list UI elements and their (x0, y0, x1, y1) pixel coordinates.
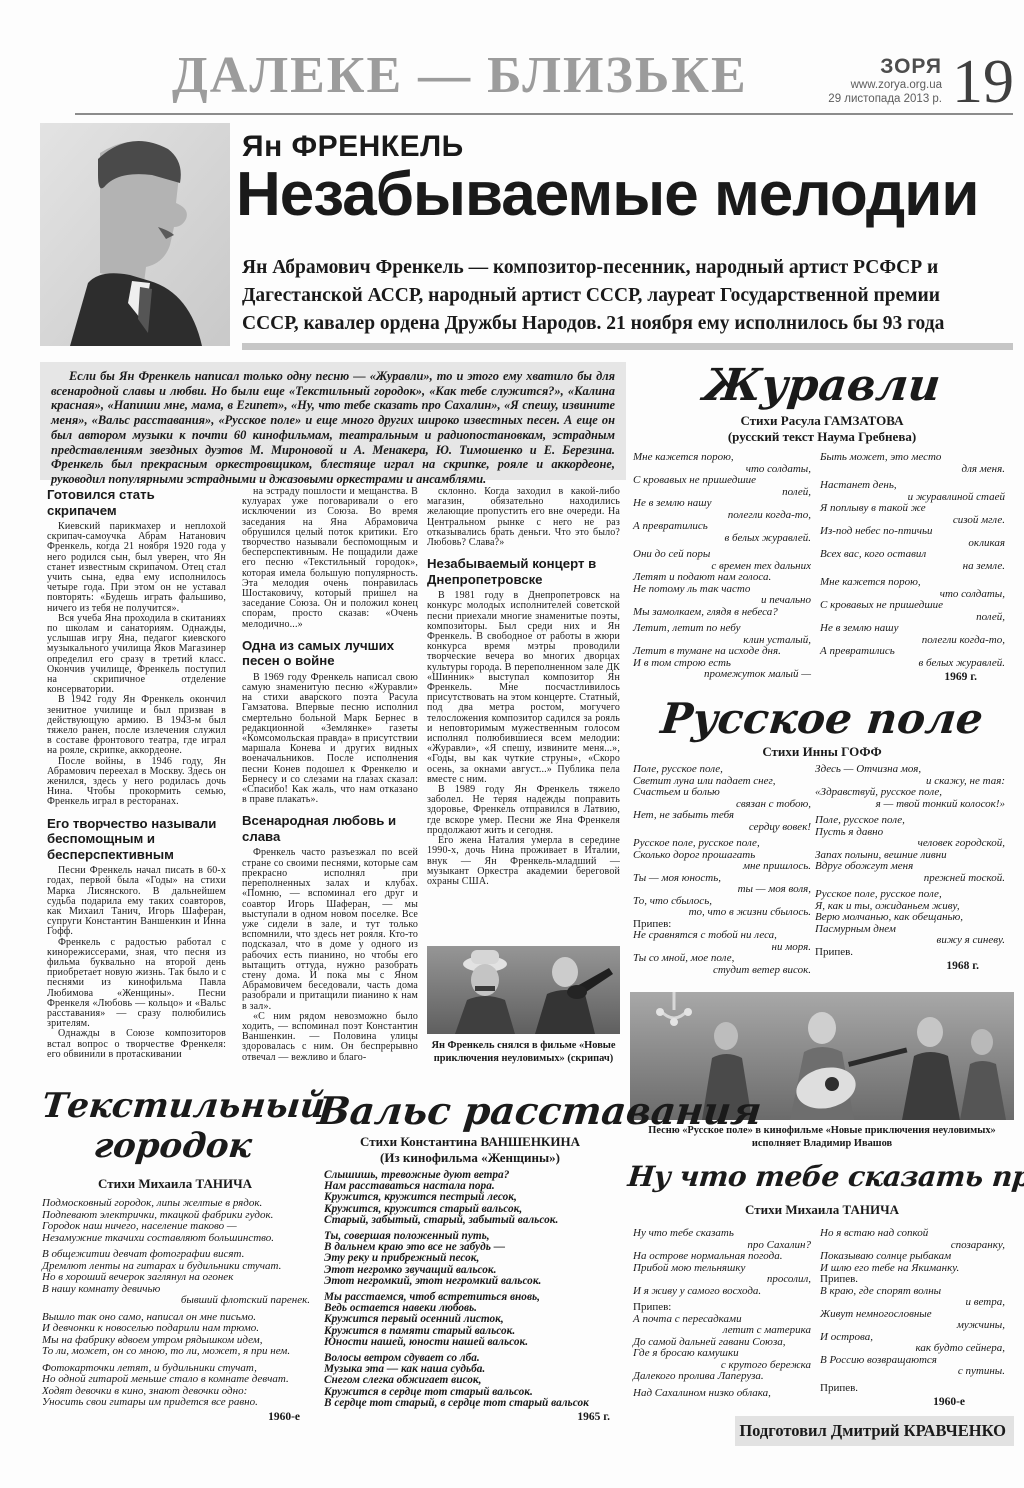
lyric-line: то, что в жизни сбылось. (633, 907, 811, 919)
lyric-line: С кровавых не пришедшие (820, 600, 1005, 612)
lyric-line: промежуток малый — (633, 669, 811, 681)
film-photo-caption: Ян Френкель снялся в фильме «Новые прикл… (427, 1039, 620, 1065)
lyric-line: в белых журавлей. (633, 533, 811, 545)
column-paragraph: Песни Френкель начал писать в 60-х годах… (47, 866, 226, 937)
lyric-line: Незамужние ткачихи составляют большинств… (42, 1233, 310, 1245)
tekstilny-lyrics-lines: Подмосковный городок, липы желтые в рядо… (42, 1198, 310, 1409)
russkoe-pole-lyrics-col2-lines: Здесь — Отчизна моя,и скажу, не тая:«Здр… (815, 764, 1005, 958)
header-divider-bar (242, 343, 1013, 350)
song-year: 1965 г. (324, 1411, 622, 1423)
lyric-line: Этот негромкий, этот негромкий вальсок. (324, 1276, 622, 1287)
film-still-illustration (427, 946, 620, 1034)
lyric-line: на земле. (820, 561, 1005, 573)
lyric-line: Настанет день, (820, 480, 1005, 492)
lyric-line: Старый, забытый, старый, забытый вальсок… (324, 1215, 622, 1226)
song-year: 1969 г. (820, 671, 1005, 683)
film-still-photo (427, 946, 620, 1034)
lyric-line: мужчины, (820, 1320, 1005, 1332)
lyric-line: А превратились (633, 521, 811, 533)
lyric-line: Счастьем и болью (633, 787, 811, 799)
masthead-divider (75, 113, 1013, 115)
song-credit-line: (Из кинофильма «Женщины») (318, 1150, 622, 1166)
column-heading: Всенародная любовь и слава (242, 813, 418, 844)
paper-name: ЗОРЯ (828, 56, 942, 78)
column-paragraph: Френкель часто разъезжал по всей стране … (242, 848, 418, 1011)
sakhalin-lyrics-col2-lines: Но я встаю над сопкойспозаранку,Показыва… (820, 1228, 1005, 1394)
column-paragraph: В 1989 году Ян Френкель тяжело заболел. … (427, 785, 620, 836)
lyric-line: Не в землю нашу (820, 623, 1005, 635)
lyric-line: Кружится первый осенний листок, (324, 1314, 622, 1325)
lyric-line: Русское поле, русское поле, (815, 889, 1005, 901)
column-heading: Готовился стать скрипачем (47, 487, 226, 518)
lyric-line: Ну что тебе сказать (633, 1228, 811, 1240)
column-paragraph: Однажды в Союзе композиторов встал вопро… (47, 1029, 226, 1060)
column-paragraph: Его жена Наталия умерла в середине 1990-… (427, 836, 620, 887)
column-paragraph: Вся учеба Яна проходила в скитаниях по ш… (47, 614, 226, 696)
tekstilny-lyrics: Подмосковный городок, липы желтые в рядо… (42, 1198, 310, 1423)
column-paragraph: на эстраду пошлости и мещанства. В кулуа… (242, 487, 418, 630)
column-paragraph: В 1981 году в Днепропетровск на конкурс … (427, 591, 620, 785)
zhuravli-lyrics-col1: Мне кажется порою,что солдаты,С кровавых… (633, 452, 811, 681)
song-credit-tekstilny: Стихи Михаила ТАНИЧА (40, 1176, 310, 1192)
lyric-line: бывший флотский паренек. (42, 1295, 310, 1307)
lyric-line: в белых журавлей. (820, 658, 1005, 670)
zhuravli-lyrics-col2-lines: Быть может, это местодля меня.Настанет д… (820, 452, 1005, 669)
vals-lyrics: Слышишь, тревожные дуют ветра?Нам расста… (324, 1170, 622, 1423)
lyric-line: Верю молчанью, как обещанью, (815, 912, 1005, 924)
song-title-tekstilny: Текстильный городок (36, 1086, 314, 1166)
lyric-line: Поле, русское поле, (815, 815, 1005, 827)
lyric-line: Но в хороший вечерок заглянул на огонек (42, 1272, 310, 1284)
column-paragraph: Киевский парикмахер и неплохой скрипач-с… (47, 522, 226, 614)
russkoe-pole-lyrics-col2: Здесь — Отчизна моя,и скажу, не тая:«Здр… (815, 764, 1005, 972)
lead-box: Если бы Ян Френкель написал только одну … (40, 362, 626, 480)
lyric-line: Поле, русское поле, (633, 764, 811, 776)
lyric-line: человек городской, (815, 838, 1005, 850)
song-title-vals: Вальс расставания (316, 1088, 625, 1133)
page-number: 19 (952, 54, 1014, 110)
column-heading: Его творчество называли беспомощным и бе… (47, 816, 226, 863)
column-paragraph: Френкель с радостью работал с кинорежисс… (47, 938, 226, 1030)
body-column-1: Готовился стать скрипачемКиевский парикм… (47, 487, 226, 1060)
lyric-line: Припев. (815, 947, 1005, 959)
lyric-line: Далекого пролива Лаперуза. (633, 1371, 811, 1383)
masthead-right: ЗОРЯ www.zorya.org.ua 29 листопада 2013 … (790, 54, 1014, 110)
lyric-line: Вдруг обожгут меня (815, 861, 1005, 873)
lyric-line: С кровавых не пришедшие (633, 475, 811, 487)
song-credit-russkoe-pole: Стихи Инны ГОФФ (630, 744, 1014, 760)
lyric-line: Они до сей поры (633, 549, 811, 561)
sakhalin-lyrics-col1: Ну что тебе сказатьпро Сахалин?На остров… (633, 1228, 811, 1399)
column-heading: Одна из самых лучших песен о войне (242, 638, 418, 669)
lyric-line: То ли, может, он со мною, то ли, может, … (42, 1346, 310, 1358)
song-credit-line: Стихи Константина ВАНШЕНКИНА (318, 1134, 622, 1150)
article-standfirst: Ян Абрамович Френкель — композитор-песен… (242, 254, 984, 338)
lyric-line: Я поплыву в такой же (820, 503, 1005, 515)
lyric-line: и ветра, (820, 1297, 1005, 1309)
lyric-line: В общежитии девчат фотографии висят. (42, 1249, 310, 1261)
article-headline: Незабываемые мелодии (236, 162, 1020, 228)
lyric-line: Показываю солнце рыбакам (820, 1251, 1005, 1263)
lyric-line: Мне кажется порою, (820, 577, 1005, 589)
lyric-line: Не сравнятся с тобой ни леса, (633, 930, 811, 942)
lyric-line: Но одной гитарой меньше стало в комнате … (42, 1374, 310, 1386)
lead-paragraph: Если бы Ян Френкель написал только одну … (51, 369, 615, 487)
lyric-line: Над Сахалином низко облака, (633, 1388, 811, 1400)
newspaper-page: ДАЛЕКЕ — БЛИЗЬКЕ ЗОРЯ www.zorya.org.ua 2… (0, 0, 1024, 1488)
lyric-line: А превратились (820, 646, 1005, 658)
song-title-zhuravli: Журавли (627, 360, 1016, 411)
lyric-line: И девчонки к новоселью подарили нам трюм… (42, 1323, 310, 1335)
song-credit-vals: Стихи Константина ВАНШЕНКИНА (Из кинофил… (318, 1134, 622, 1166)
masthead-meta: ЗОРЯ www.zorya.org.ua 29 листопада 2013 … (828, 54, 942, 106)
song-year: 1960-е (820, 1396, 1005, 1408)
russkoe-pole-lyrics-col1: Поле, русское поле,Светит луна или падае… (633, 764, 811, 976)
song-credit-line: Стихи Расула ГАМЗАТОВА (630, 413, 1014, 429)
lyric-line: «Здравствуй, русское поле, (815, 787, 1005, 799)
lyric-line: Нет, не забыть тебя (633, 810, 811, 822)
lyric-line: с путины. (820, 1366, 1005, 1378)
lyric-line: Всех вас, кого оставил (820, 549, 1005, 561)
issue-date: 29 листопада 2013 р. (828, 92, 942, 106)
lyric-line: Русское поле, русское поле, (633, 838, 811, 850)
lyric-line: Городок наш ничего, население таково — (42, 1221, 310, 1233)
lyric-line: Летит, летит по небу (633, 623, 811, 635)
lyric-line: Эту реку и прибрежный песок, (324, 1253, 622, 1264)
lyric-line: Летит в тумане на исходе дня. (633, 646, 811, 658)
column-paragraph: В 1969 году Френкель написал свою самую … (242, 673, 418, 806)
lyric-line: просолил, (633, 1274, 811, 1286)
lyric-line: вижу я синеву. (815, 935, 1005, 947)
song-title-sakhalin: Ну что тебе сказать про Сахалин (626, 1160, 1017, 1193)
zhuravli-lyrics-col2: Быть может, это местодля меня.Настанет д… (820, 452, 1005, 683)
lyric-line: Мы замолкаем, глядя в небеса? (633, 607, 811, 619)
lyric-line: прежней тоской. (815, 873, 1005, 885)
lyric-line: Быть может, это место (820, 452, 1005, 464)
portrait-photo (40, 123, 230, 346)
lyric-line: Мне кажется порою, (633, 452, 811, 464)
column-paragraph: После войны, в 1946 году, Ян Абрамович п… (47, 757, 226, 808)
lyric-line: как будто сейнера, (820, 1343, 1005, 1355)
column-paragraph: склонно. Когда заходил в какой-либо мага… (427, 487, 620, 548)
lyric-line: мне пришлось. (633, 861, 811, 873)
lyric-line: Кружится, кружится пестрый лесок, (324, 1192, 622, 1203)
body-column-3: склонно. Когда заходил в какой-либо мага… (427, 487, 620, 887)
column-paragraph: «С ним рядом невозможно было ходить, — в… (242, 1012, 418, 1063)
lyric-line: Припев. (820, 1274, 1005, 1286)
portrait-illustration (40, 123, 230, 346)
lyric-line: На острове нормальная погода. (633, 1251, 811, 1263)
lyric-line: Ты со мной, мое поле, (633, 953, 811, 965)
lyric-line: я — твой тонкий колосок!» (815, 799, 1005, 811)
song-year: 1968 г. (815, 960, 1005, 972)
lyric-line: В сердце тот старый, в сердце тот старый… (324, 1398, 622, 1409)
column-heading: Незабываемый концерт в Днепропетровске (427, 556, 620, 587)
song-credit-line: (русский текст Наума Гребнева) (630, 429, 1014, 445)
lyric-line: Где я бросаю камушки (633, 1348, 811, 1360)
song-title-line: городок (36, 1126, 310, 1166)
article-kicker: Ян ФРЕНКЕЛЬ (242, 130, 464, 164)
prepared-by-credit: Подготовил Дмитрий КРАВЧЕНКО (735, 1416, 1014, 1446)
lyric-line: Снегом слегка обжигает висок, (324, 1375, 622, 1386)
lyric-line: Не в землю нашу (633, 498, 811, 510)
lyric-line: Подмосковный городок, липы желтые в рядо… (42, 1198, 310, 1210)
lyric-line: летит с материка (633, 1325, 811, 1337)
song-title-russkoe-pole: Русское поле (627, 694, 1016, 743)
lyric-line: и печально (633, 595, 811, 607)
song-year: 1960-е (42, 1411, 310, 1423)
song-credit-zhuravli: Стихи Расула ГАМЗАТОВА (русский текст На… (630, 413, 1014, 445)
paper-website: www.zorya.org.ua (828, 78, 942, 92)
body-column-2: на эстраду пошлости и мещанства. В кулуа… (242, 487, 418, 1063)
lyric-line: Здесь — Отчизна моя, (815, 764, 1005, 776)
lyric-line: для меня. (820, 464, 1005, 476)
lyric-line: ты — моя воля, (633, 884, 811, 896)
lyric-line: Из-под небес по-птичьи (820, 526, 1005, 538)
vals-lyrics-lines: Слышишь, тревожные дуют ветра?Нам расста… (324, 1170, 622, 1409)
song-credit-sakhalin: Стихи Михаила ТАНИЧА (630, 1202, 1014, 1218)
section-title: ДАЛЕКЕ — БЛИЗЬКЕ (172, 46, 692, 105)
column-paragraph: В 1942 году Ян Френкель окончил зенитное… (47, 695, 226, 756)
lyric-line: Припев: (633, 1302, 811, 1314)
lyric-line: Припев. (820, 1383, 1005, 1395)
lyric-line: сердцу вовек! (633, 822, 811, 834)
lyric-line: студит ветер висок. (633, 965, 811, 977)
sakhalin-lyrics-col2: Но я встаю над сопкойспозаранку,Показыва… (820, 1228, 1005, 1408)
lyric-line: Летят и подают нам голоса. (633, 572, 811, 584)
lyric-line: Юности нашей, юности нашей вальсок. (324, 1337, 622, 1348)
lyric-line: И я живу у самого восхода. (633, 1286, 811, 1298)
lyric-line: Но я встаю над сопкой (820, 1228, 1005, 1240)
lyric-line: Уносить свои гитары им придется все равн… (42, 1397, 310, 1409)
song-title-line: Текстильный (40, 1086, 314, 1126)
